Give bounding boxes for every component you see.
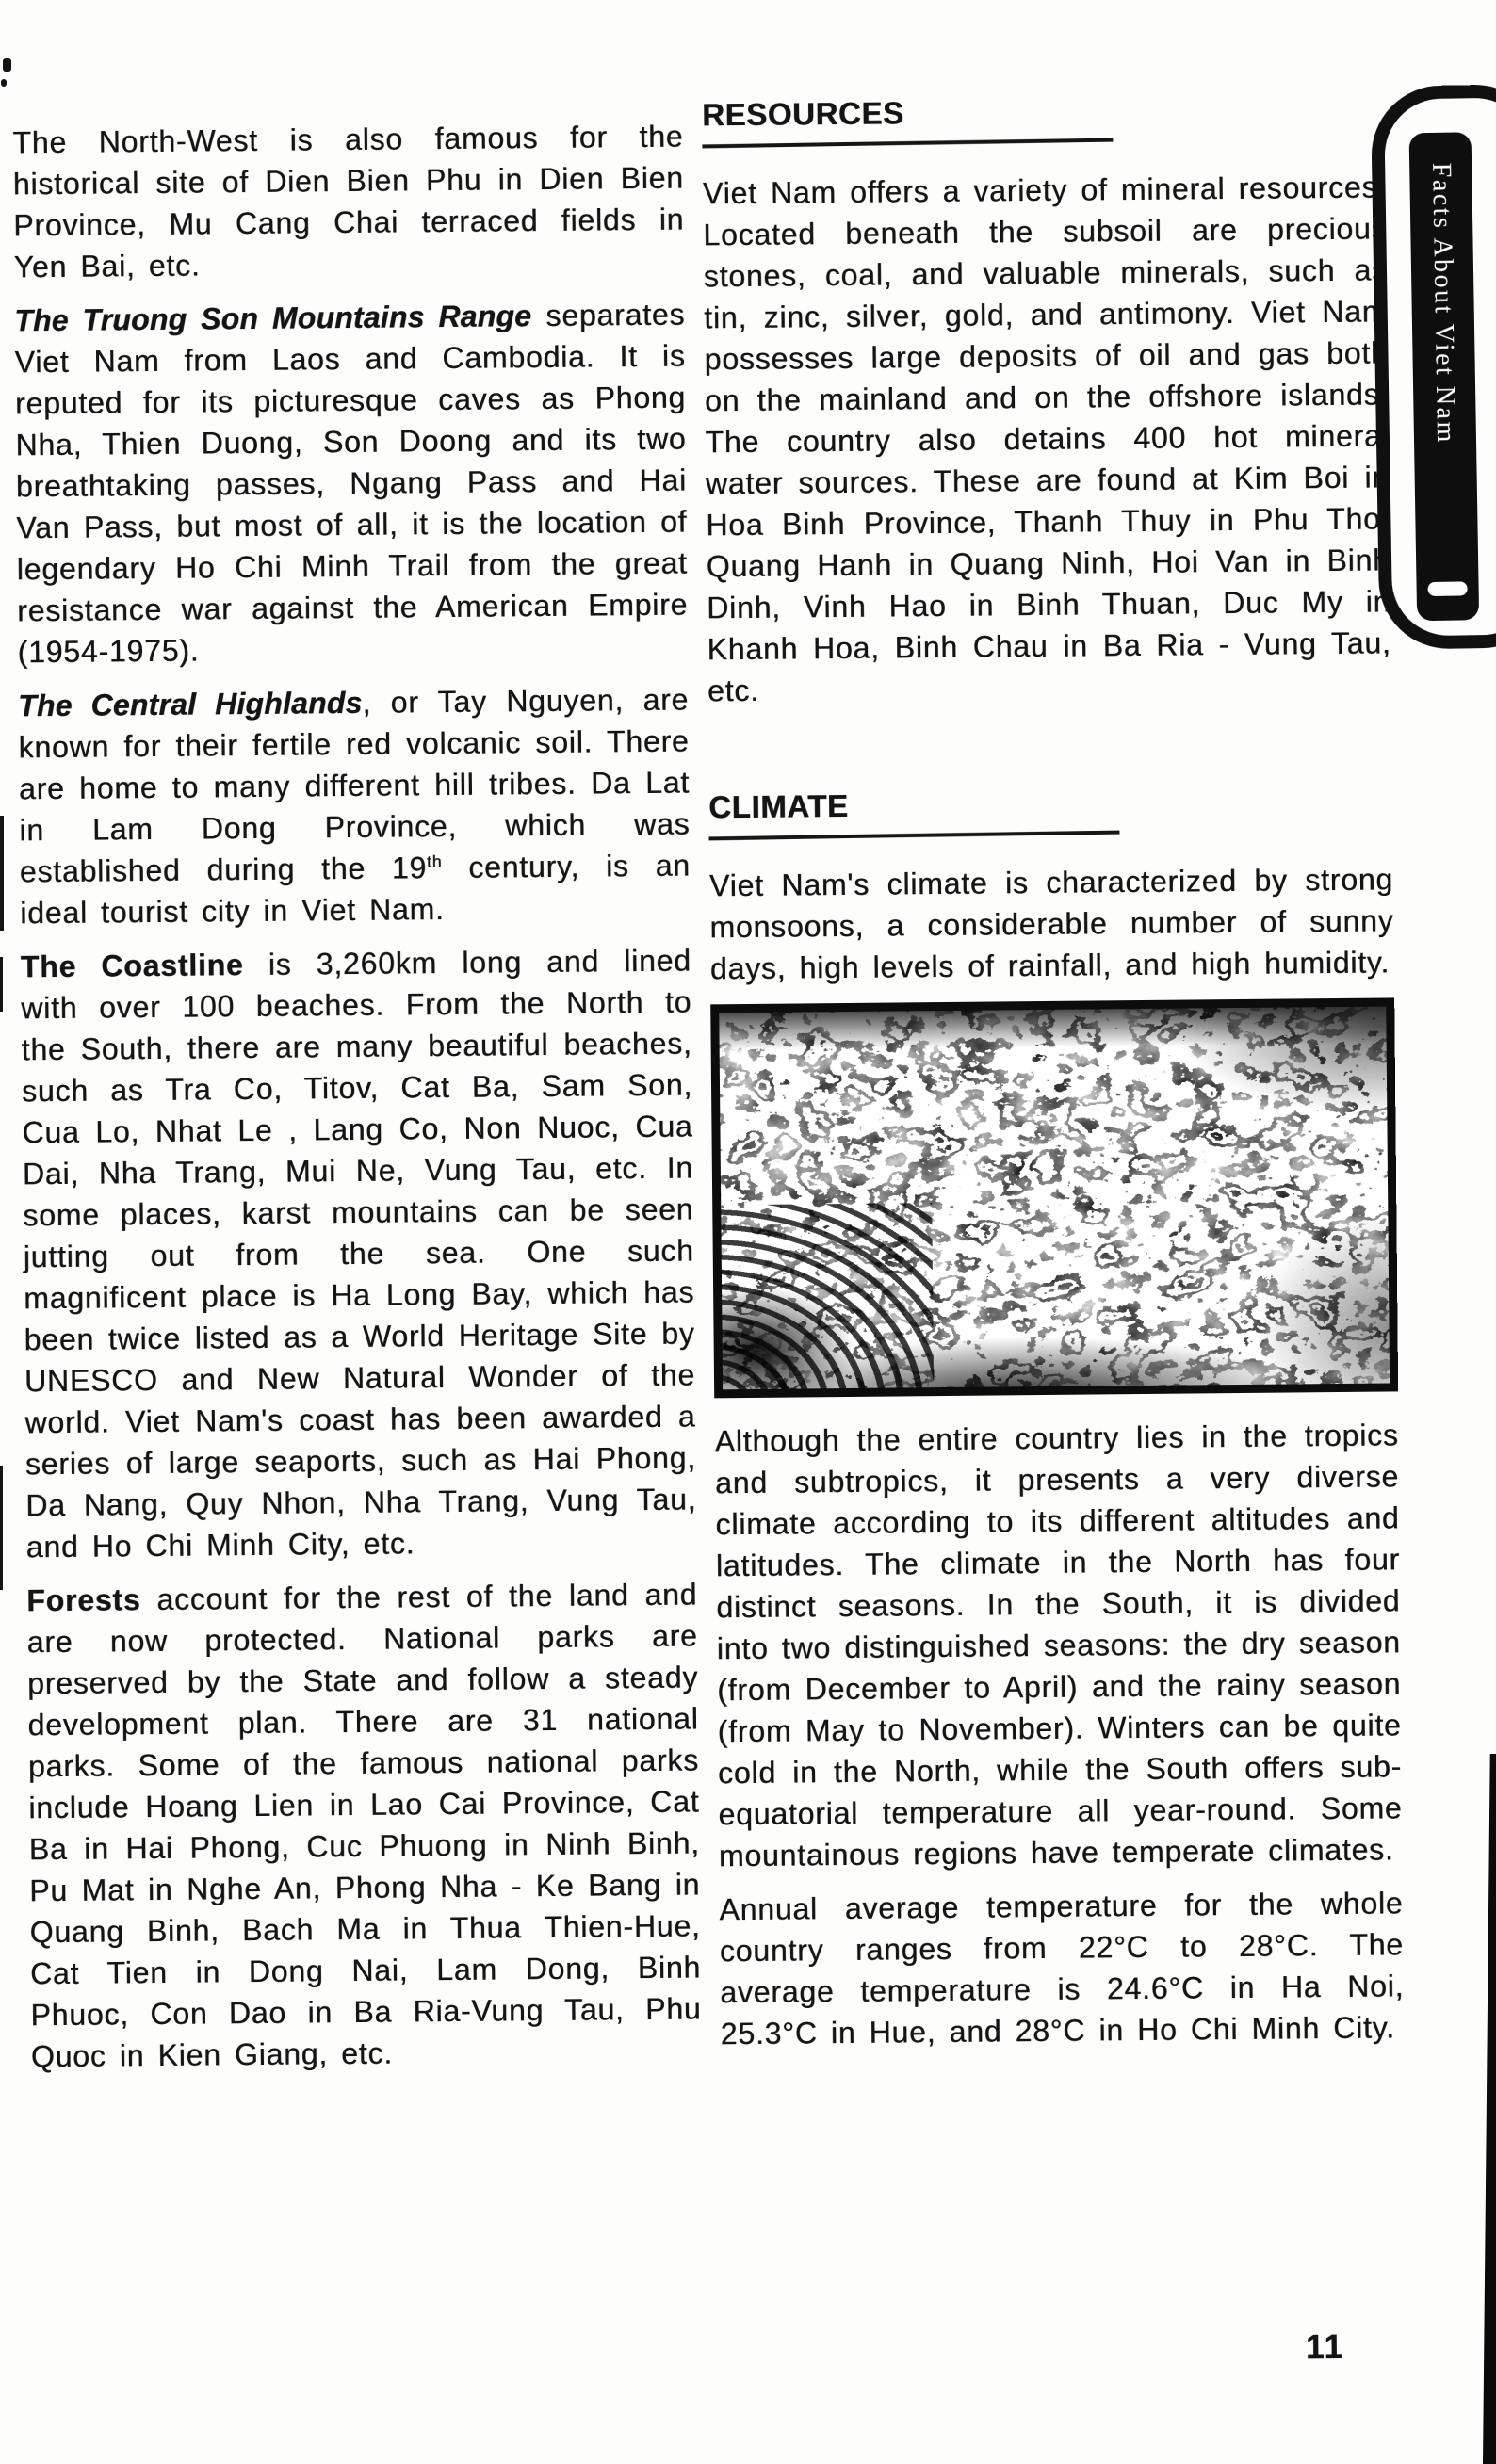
- body-text: is 3,260km long and lined with over 100 …: [21, 944, 696, 1564]
- body-text: Viet Nam's climate is characterized by s…: [709, 862, 1394, 985]
- paragraph-coastline: The Coastline is 3,260km long and lined …: [21, 940, 697, 1568]
- section-heading: RESOURCES: [702, 88, 1386, 136]
- section-climate-heading: CLIMATE: [708, 780, 1393, 840]
- section-heading: CLIMATE: [708, 780, 1392, 828]
- side-tab-notch: [1427, 581, 1467, 596]
- heading-rule: [708, 831, 1119, 841]
- side-tab-bar: Facts About Viet Nam: [1409, 132, 1480, 621]
- left-column: The North-West is also famous for the hi…: [12, 116, 702, 2090]
- paragraph-climate-intro: Viet Nam's climate is characterized by s…: [709, 858, 1394, 989]
- paragraph-resources: Viet Nam offers a variety of mineral res…: [703, 166, 1391, 711]
- superscript-ordinal: th: [427, 851, 442, 870]
- paragraph-truong-son: The Truong Son Mountains Range separates…: [14, 294, 689, 673]
- body-text: Although the entire country lies in the …: [714, 1418, 1402, 1872]
- scan-artifact: [3, 58, 11, 72]
- lead-in-text: The Central Highlands: [18, 686, 363, 723]
- book-page: The North-West is also famous for the hi…: [0, 0, 1496, 2464]
- chapter-side-tab: Facts About Viet Nam: [1359, 85, 1495, 654]
- lead-in-text: Forests: [26, 1582, 141, 1617]
- scan-artifact: [0, 816, 4, 931]
- photo-shading-overlay: [719, 1007, 1390, 1390]
- paragraph-climate-detail: Although the entire country lies in the …: [714, 1414, 1403, 1876]
- paragraph-central-highlands: The Central Highlands, or Tay Nguyen, ar…: [18, 679, 691, 934]
- heading-rule: [702, 138, 1113, 149]
- scan-artifact: [1, 79, 7, 87]
- body-text: separates Viet Nam from Laos and Cambodi…: [14, 298, 688, 670]
- paragraph-forests: Forests account for the rest of the land…: [26, 1574, 702, 2078]
- page-number: 11: [1306, 2328, 1344, 2366]
- paragraph-temperature: Annual average temperature for the whole…: [719, 1882, 1405, 2054]
- scan-artifact: [0, 957, 3, 1012]
- body-text: Annual average temperature for the whole…: [719, 1886, 1404, 2051]
- right-column: RESOURCES Viet Nam offers a variety of m…: [702, 88, 1405, 2067]
- body-text: account for the rest of the land and are…: [26, 1578, 701, 2074]
- paragraph-northwest: The North-West is also famous for the hi…: [12, 116, 685, 288]
- body-text: Viet Nam offers a variety of mineral res…: [703, 170, 1391, 707]
- side-tab-label: Facts About Viet Nam: [1425, 163, 1460, 446]
- body-text: The North-West is also famous for the hi…: [12, 120, 684, 284]
- scanned-content: The North-West is also famous for the hi…: [0, 0, 1496, 2464]
- section-resources-heading: RESOURCES: [702, 88, 1387, 148]
- lead-in-text: The Truong Son Mountains Range: [14, 299, 531, 337]
- terraced-fields-photo: [710, 997, 1398, 1398]
- scan-artifact: [0, 1466, 3, 1590]
- lead-in-text: The Coastline: [21, 948, 244, 983]
